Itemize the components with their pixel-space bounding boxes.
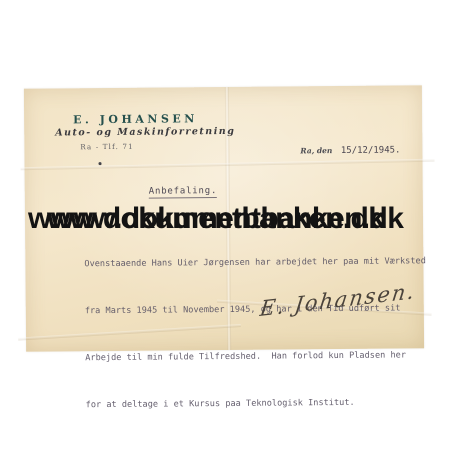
letter-heading: Anbefaling. xyxy=(149,186,218,199)
fold-crease-upper xyxy=(21,159,435,171)
dateline-place: Ra, den xyxy=(300,146,332,155)
letter-body-line: for at deltage i et Kursus paa Teknologi… xyxy=(86,395,428,414)
company-phone: Ra - Tlf. 71 xyxy=(80,143,134,151)
dateline: Ra, den 15/12/1945. xyxy=(300,139,400,158)
letter-body: Ovenstaaende Hans Uier Jørgensen har arb… xyxy=(84,223,427,444)
letter-body-line: Ovenstaaende Hans Uier Jørgensen har arb… xyxy=(84,254,426,273)
letterhead-dot xyxy=(99,162,102,165)
letter-paper: E. JOHANSEN Auto- og Maskinforretning Ra… xyxy=(24,85,424,351)
dateline-date: 15/12/1945. xyxy=(341,145,401,156)
photo-background: E. JOHANSEN Auto- og Maskinforretning Ra… xyxy=(0,0,450,450)
letter-body-line: Arbejde til min fulde Tilfredshed. Han f… xyxy=(85,348,427,367)
company-name: E. JOHANSEN xyxy=(73,112,198,126)
company-subtitle: Auto- og Maskinforretning xyxy=(55,126,235,139)
